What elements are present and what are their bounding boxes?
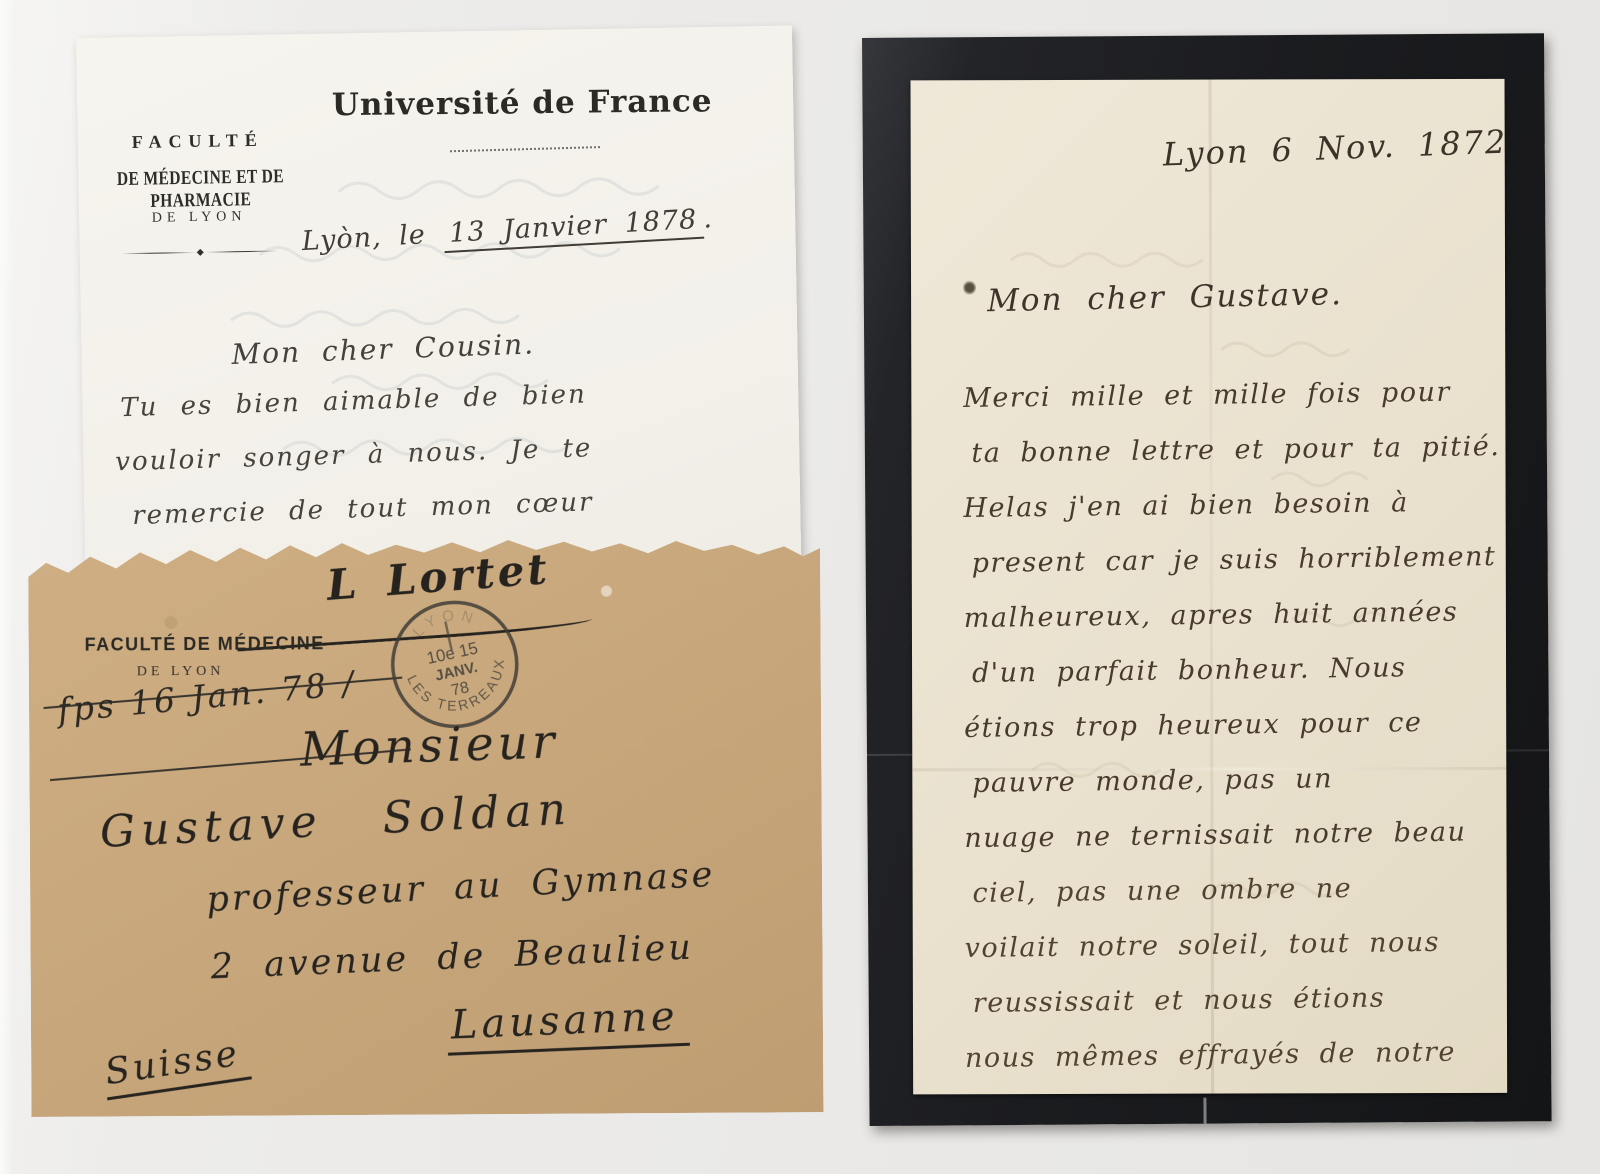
letter-1872-body-line: pauvre monde, pas un [972,761,1505,823]
letter-1872-body-line: Merci mille et mille fois pour [963,376,1504,438]
letter-1872-body-line: reussissait et nous étions [973,981,1506,1043]
letterhead-university-title: Université de France [322,83,722,123]
dateline-city: Lyòn, le [301,219,427,257]
card-bottom-notch [1204,1098,1207,1124]
letter-1872-body-line: malheureux, apres huit années [964,596,1505,658]
address-city: Lausanne [446,993,690,1056]
letterhead-divider-ornament [122,247,278,258]
dateline-period: . [702,203,713,234]
photograph-of-documents: Université de France FACULTÉ DE MÉDECINE… [0,0,1600,1174]
ink-blot [963,280,976,295]
letterhead-faculty-line2: DE MÉDECINE ET DE PHARMACIE [80,165,321,214]
envelope: L Lortet FACULTÉ DE MÉDECINE DE LYON fps… [28,538,823,1117]
letterhead-faculty-line3: DE LYON [109,208,289,227]
ornament-line-left [122,251,195,253]
letter-1878-salutation: Mon cher Cousin. [231,327,536,371]
letter-1872-body-line: ciel, pas une ombre ne [972,871,1505,933]
letter-1872-body-line: present car je suis horriblement [971,541,1504,603]
address-title: professeur au Gymnase [205,852,766,920]
address-street: 2 avenue de Beaulieu [210,925,756,987]
letter-1872: Lyon 6 Nov. 1872 Mon cher Gustave. Merci… [911,79,1508,1095]
letter-1872-dateline: Lyon 6 Nov. 1872 [1162,123,1493,173]
letter-1878-dateline: Lyòn, le 13 Janvier 1878. [301,200,772,257]
letter-1872-body-line: ta bonne lettre et pour ta pitié. [971,431,1504,493]
dateline-date: 13 Janvier 1878 [442,204,704,253]
letter-1872-body-line: voilait notre soleil, tout nous [964,926,1505,988]
letter-1872-body-line: nous mêmes effrayés de notre [965,1036,1506,1098]
letterhead-faculty-line1: FACULTÉ [108,129,288,153]
letter-1872-salutation: Mon cher Gustave. [987,276,1344,319]
letterhead-dotted-rule [450,146,600,152]
letter-1872-body-line: nuage ne ternissait notre beau [964,816,1505,878]
envelope-address-block: Monsieur Gustave Soldan professeur au Gy… [28,538,823,1117]
ornament-diamond [196,248,203,255]
address-name: Gustave Soldan [99,779,671,858]
letter-1872-body-line: Helas j'en ai bien besoin à [963,486,1504,548]
letter-1872-body-line: d'un parfait bonheur. Nous [972,651,1505,713]
letter-1878-body: Tu es bien aimable de bien vouloir songe… [120,378,773,551]
address-honorific: Monsieur [253,713,605,779]
letter-1872-body-line: étions trop heureux pour ce [964,706,1505,768]
letter-1872-body: Merci mille et mille fois pour ta bonne … [963,379,1505,1095]
ornament-line-right [205,250,278,252]
mourning-card-backing: Lyon 6 Nov. 1872 Mon cher Gustave. Merci… [862,33,1552,1126]
